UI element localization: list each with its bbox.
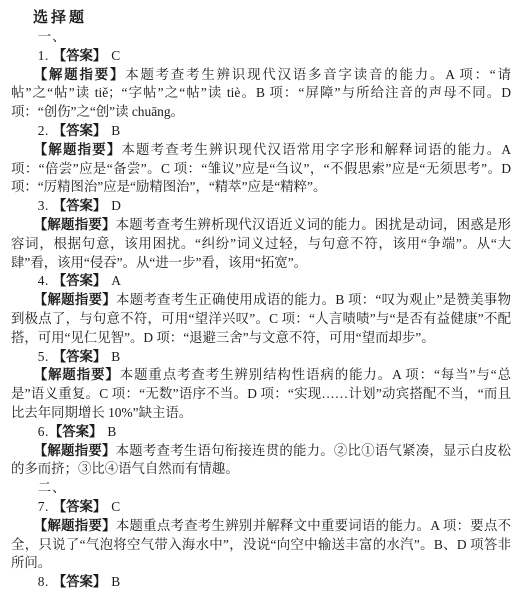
explanation: 【解题指要】本题考查考生语句衔接连贯的能力。②比①语气紧凑，显示白皮松的多而挤；… [11,442,511,480]
answer-label: 【答案】 [53,123,107,138]
explain-label: 【解题指要】 [34,367,120,382]
answer-label: 【答案】 [53,273,107,288]
explain-label: 【解题指要】 [34,142,122,157]
answer-line: 5. 【答案】B [11,348,511,367]
answer-line: 4. 【答案】A [11,272,511,291]
item-number: 8. [38,574,53,589]
answer-item: 4. 【答案】A 【解题指要】本题考查考生正确使用成语的能力。B 项：“叹为观止… [11,272,511,347]
explain-label: 【解题指要】 [34,67,125,82]
explanation: 【解题指要】本题考查考生辨析现代汉语近义词的能力。困扰是动词，困惑是形容词，根据… [11,216,511,272]
item-number: 6. [38,424,49,439]
answer-value: A [111,273,121,288]
answer-value: B [111,574,120,589]
answer-label: 【答案】 [53,198,107,213]
answer-line: 2. 【答案】B [11,122,511,141]
answer-line: 3. 【答案】D [11,197,511,216]
answer-item: 1. 【答案】C 【解题指要】本题考查考生辨识现代汉语多音字读音的能力。A 项：… [11,47,511,122]
answer-item: 5. 【答案】B 【解题指要】本题重点考查考生辨别结构性语病的能力。A 项：“每… [11,348,511,423]
page-title: 选择题 [33,8,511,28]
explain-label: 【解题指要】 [34,518,116,533]
answer-label: 【答案】 [49,424,103,439]
item-number: 1. [38,48,53,63]
explanation: 【解题指要】本题重点考查考生辨别并解释文中重要词语的能力。A 项：要点不全，只说… [11,517,511,573]
item-number: 5. [38,349,53,364]
answer-item: 2. 【答案】B 【解题指要】本题考查考生辨识现代汉语常用字字形和解释词语的能力… [11,122,511,197]
section: 二、 7. 【答案】C 【解题指要】本题重点考查考生辨别并解释文中重要词语的能力… [11,479,511,592]
answer-item: 3. 【答案】D 【解题指要】本题考查考生辨析现代汉语近义词的能力。困扰是动词，… [11,197,511,272]
answer-label: 【答案】 [53,574,107,589]
answer-value: C [111,499,120,514]
item-number: 7. [38,499,53,514]
explanation: 【解题指要】本题考查考生正确使用成语的能力。B 项：“叹为观止”是赞美事物到极点… [11,291,511,347]
explanation: 【解题指要】本题重点考查考生辨别结构性语病的能力。A 项：“每当”与“总是”语义… [11,366,511,422]
explanation: 【解题指要】本题考查考生辨识现代汉语多音字读音的能力。A 项：“请帖”之“帖”读… [11,66,511,122]
sections: 一、 1. 【答案】C 【解题指要】本题考查考生辨识现代汉语多音字读音的能力。A… [11,28,511,592]
section-items: 1. 【答案】C 【解题指要】本题考查考生辨识现代汉语多音字读音的能力。A 项：… [11,47,511,479]
section-label: 一、 [11,28,511,47]
answer-label: 【答案】 [53,499,107,514]
item-number: 2. [38,123,53,138]
item-number: 4. [38,273,53,288]
answer-item: 6.【答案】B 【解题指要】本题考查考生语句衔接连贯的能力。②比①语气紧凑，显示… [11,423,511,479]
answer-item: 8. 【答案】B [11,573,511,592]
answer-value: B [111,123,120,138]
answer-item: 7. 【答案】C 【解题指要】本题重点考查考生辨别并解释文中重要词语的能力。A … [11,498,511,573]
section: 一、 1. 【答案】C 【解题指要】本题考查考生辨识现代汉语多音字读音的能力。A… [11,28,511,479]
explain-label: 【解题指要】 [34,292,116,307]
item-number: 3. [38,198,53,213]
answer-value: C [111,48,120,63]
explain-label: 【解题指要】 [34,443,116,458]
answer-label: 【答案】 [53,48,107,63]
explanation: 【解题指要】本题考查考生辨识现代汉语常用字字形和解释词语的能力。A 项：“倍尝”… [11,141,511,197]
answer-line: 6.【答案】B [11,423,511,442]
answer-label: 【答案】 [53,349,107,364]
answer-line: 7. 【答案】C [11,498,511,517]
answer-line: 8. 【答案】B [11,573,511,592]
section-items: 7. 【答案】C 【解题指要】本题重点考查考生辨别并解释文中重要词语的能力。A … [11,498,511,592]
section-label: 二、 [11,479,511,498]
answer-value: B [111,349,120,364]
answer-value: B [107,424,116,439]
answer-value: D [111,198,121,213]
document-page: 选择题 一、 1. 【答案】C 【解题指要】本题考查考生辨识现代汉语多音字读音的… [0,0,525,612]
answer-line: 1. 【答案】C [11,47,511,66]
explain-label: 【解题指要】 [34,217,116,232]
